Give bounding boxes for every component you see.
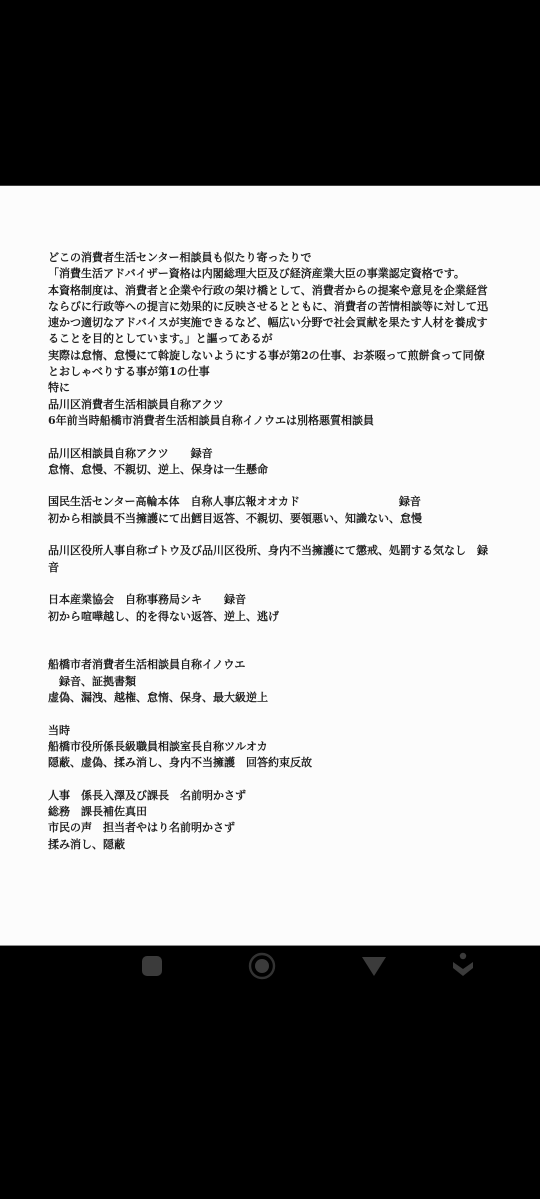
document-line: とおしゃべりする事が第1の仕事 (48, 364, 510, 380)
document-line: 特に (48, 380, 510, 396)
document-line (48, 429, 510, 445)
document-line: 隠蔽、虚偽、揉み消し、身内不当擁護 回答約束反故 (48, 755, 510, 771)
document-line: 音 (48, 560, 510, 576)
recents-button[interactable] (132, 946, 172, 986)
document-line: 国民生活センター高輪本体 自称人事広報オオカド 録音 (48, 494, 510, 510)
document-line: 虚偽、漏洩、越権、怠惰、保身、最大級逆上 (48, 690, 510, 706)
document-line: 本資格制度は、消費者と企業や行政の架け橋として、消費者からの提案や意見を企業経営 (48, 283, 510, 299)
document-line: 怠惰、怠慢、不親切、逆上、保身は一生懸命 (48, 462, 510, 478)
document-line: ならびに行政等への提言に効果的に反映させるとともに、消費者の苦情相談等に対して迅 (48, 299, 510, 315)
document-line (48, 478, 510, 494)
document-line: 品川区消費者生活相談員自称アクツ (48, 397, 510, 413)
document-line: 録音、証拠書類 (48, 674, 510, 690)
home-icon (248, 952, 276, 980)
document-line: 実際は怠惰、怠慢にて斡旋しないようにする事が第2の仕事、お茶啜って煎餅食って同僚 (48, 348, 510, 364)
recents-icon (139, 953, 165, 979)
document-page[interactable]: どこの消費者生活センター相談員も似たり寄ったりで「消費生活アドバイザー資格は内閣… (0, 185, 540, 946)
document-line: 市民の声 担当者やはり名前明かさず (48, 820, 510, 836)
document-text: どこの消費者生活センター相談員も似たり寄ったりで「消費生活アドバイザー資格は内閣… (48, 250, 510, 853)
document-line: 6年前当時船橋市消費者生活相談員自称イノウエは別格悪質相談員 (48, 413, 510, 429)
document-line: 品川区役所人事自称ゴトウ及び品川区役所、身内不当擁護にて懲戒、処罰する気なし 録 (48, 543, 510, 559)
document-line (48, 527, 510, 543)
hide-navbar-button[interactable] (443, 946, 483, 986)
document-line: 船橋市者消費者生活相談員自称イノウエ (48, 657, 510, 673)
document-line: 初から相談員不当擁護にて出鱈目返答、不親切、要領悪い、知識ない、怠慢 (48, 511, 510, 527)
back-button[interactable] (354, 946, 394, 986)
document-line: 人事 係長入澤及び課長 名前明かさず (48, 788, 510, 804)
document-line: 初から喧嘩越し、的を得ない返答、逆上、逃げ (48, 609, 510, 625)
document-line (48, 706, 510, 722)
back-icon (361, 953, 387, 979)
hide-navbar-icon (450, 951, 476, 981)
document-line: 当時 (48, 723, 510, 739)
home-button[interactable] (242, 946, 282, 986)
document-line (48, 625, 510, 641)
document-line: 「消費生活アドバイザー資格は内閣総理大臣及び経済産業大臣の事業認定資格です。 (48, 266, 510, 282)
document-line: 速かつ適切なアドバイスが実施できるなど、幅広い分野で社会貢献を果たす人材を養成す (48, 315, 510, 331)
document-line: どこの消費者生活センター相談員も似たり寄ったりで (48, 250, 510, 266)
document-line (48, 576, 510, 592)
document-line: ることを目的としています。」と謳ってあるが (48, 331, 510, 347)
document-line: 揉み消し、隠蔽 (48, 837, 510, 853)
document-line: 総務 課長補佐真田 (48, 804, 510, 820)
navigation-bar (0, 946, 540, 1199)
document-line: 品川区相談員自称アクツ 録音 (48, 446, 510, 462)
document-line (48, 641, 510, 657)
document-line: 船橋市役所係長級職員相談室長自称ツルオカ (48, 739, 510, 755)
document-line: 日本産業協会 自称事務局シキ 録音 (48, 592, 510, 608)
document-line (48, 772, 510, 788)
